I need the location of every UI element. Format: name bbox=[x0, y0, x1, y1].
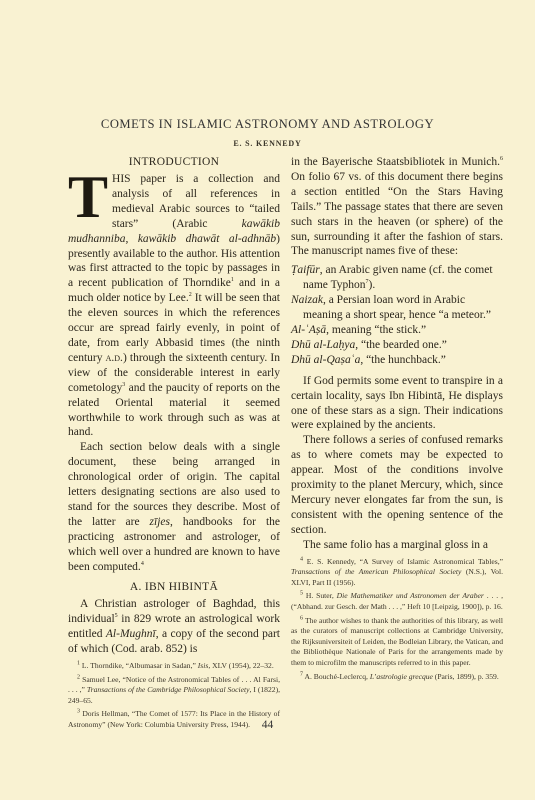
section-a-paragraph-4: The same folio has a marginal gloss in a bbox=[291, 538, 503, 553]
footnote-ref: 4 bbox=[141, 561, 144, 567]
section-a-paragraph-1: A Christian astrologer of Baghdad, this … bbox=[68, 597, 280, 657]
list-item: Dhū al-Qaṣaʿa, “the hunchback.” bbox=[291, 353, 503, 368]
list-item: Al-ʿAṣā, meaning “the stick.” bbox=[291, 323, 503, 338]
paper-title: COMETS IN ISLAMIC ASTRONOMY AND ASTROLOG… bbox=[0, 117, 535, 132]
footnote-ref: 6 bbox=[500, 156, 503, 162]
footnote: 7 A. Bouché-Leclercq, L’astrologie grecq… bbox=[291, 672, 503, 683]
right-column: in the Bayerische Staatsbibliotek in Mun… bbox=[291, 155, 503, 685]
section-a-paragraph-3: There follows a series of confused remar… bbox=[291, 433, 503, 537]
intro-paragraph-1: THIS paper is a collection and analysis … bbox=[68, 172, 280, 440]
intro-paragraph-2: Each section below deals with a single d… bbox=[68, 440, 280, 574]
star-names-list: Ṭaifūr, an Arabic given name (cf. the co… bbox=[291, 263, 503, 367]
list-item: Ṭaifūr, an Arabic given name (cf. the co… bbox=[291, 263, 503, 293]
left-column: INTRODUCTION THIS paper is a collection … bbox=[68, 155, 280, 734]
footnote: 2 Samuel Lee, “Notice of the Astronomica… bbox=[68, 675, 280, 707]
list-item: Dhū al-Laḥya, “the bearded one.” bbox=[291, 338, 503, 353]
section-heading-a: A. IBN HIBINTĀ bbox=[68, 580, 280, 595]
footnote: 1 L. Thorndike, “Albumasar in Sadan,” Is… bbox=[68, 661, 280, 672]
page-number: 44 bbox=[0, 719, 535, 731]
drop-cap: T bbox=[68, 174, 108, 220]
list-item: Naizak, a Persian loan word in Arabic me… bbox=[291, 293, 503, 323]
footnote: 4 E. S. Kennedy, “A Survey of Islamic As… bbox=[291, 557, 503, 589]
section-a-paragraph-2: If God permits some event to transpire i… bbox=[291, 374, 503, 434]
paper-page: COMETS IN ISLAMIC ASTRONOMY AND ASTROLOG… bbox=[0, 0, 535, 800]
author-name: E. S. KENNEDY bbox=[0, 139, 535, 148]
section-a-paragraph-1-cont: in the Bayerische Staatsbibliotek in Mun… bbox=[291, 155, 503, 259]
footnote: 5 H. Suter, Die Mathematiker und Astrono… bbox=[291, 591, 503, 612]
footnotes-right: 4 E. S. Kennedy, “A Survey of Islamic As… bbox=[291, 557, 503, 683]
footnote: 6 The author wishes to thank the authori… bbox=[291, 616, 503, 669]
